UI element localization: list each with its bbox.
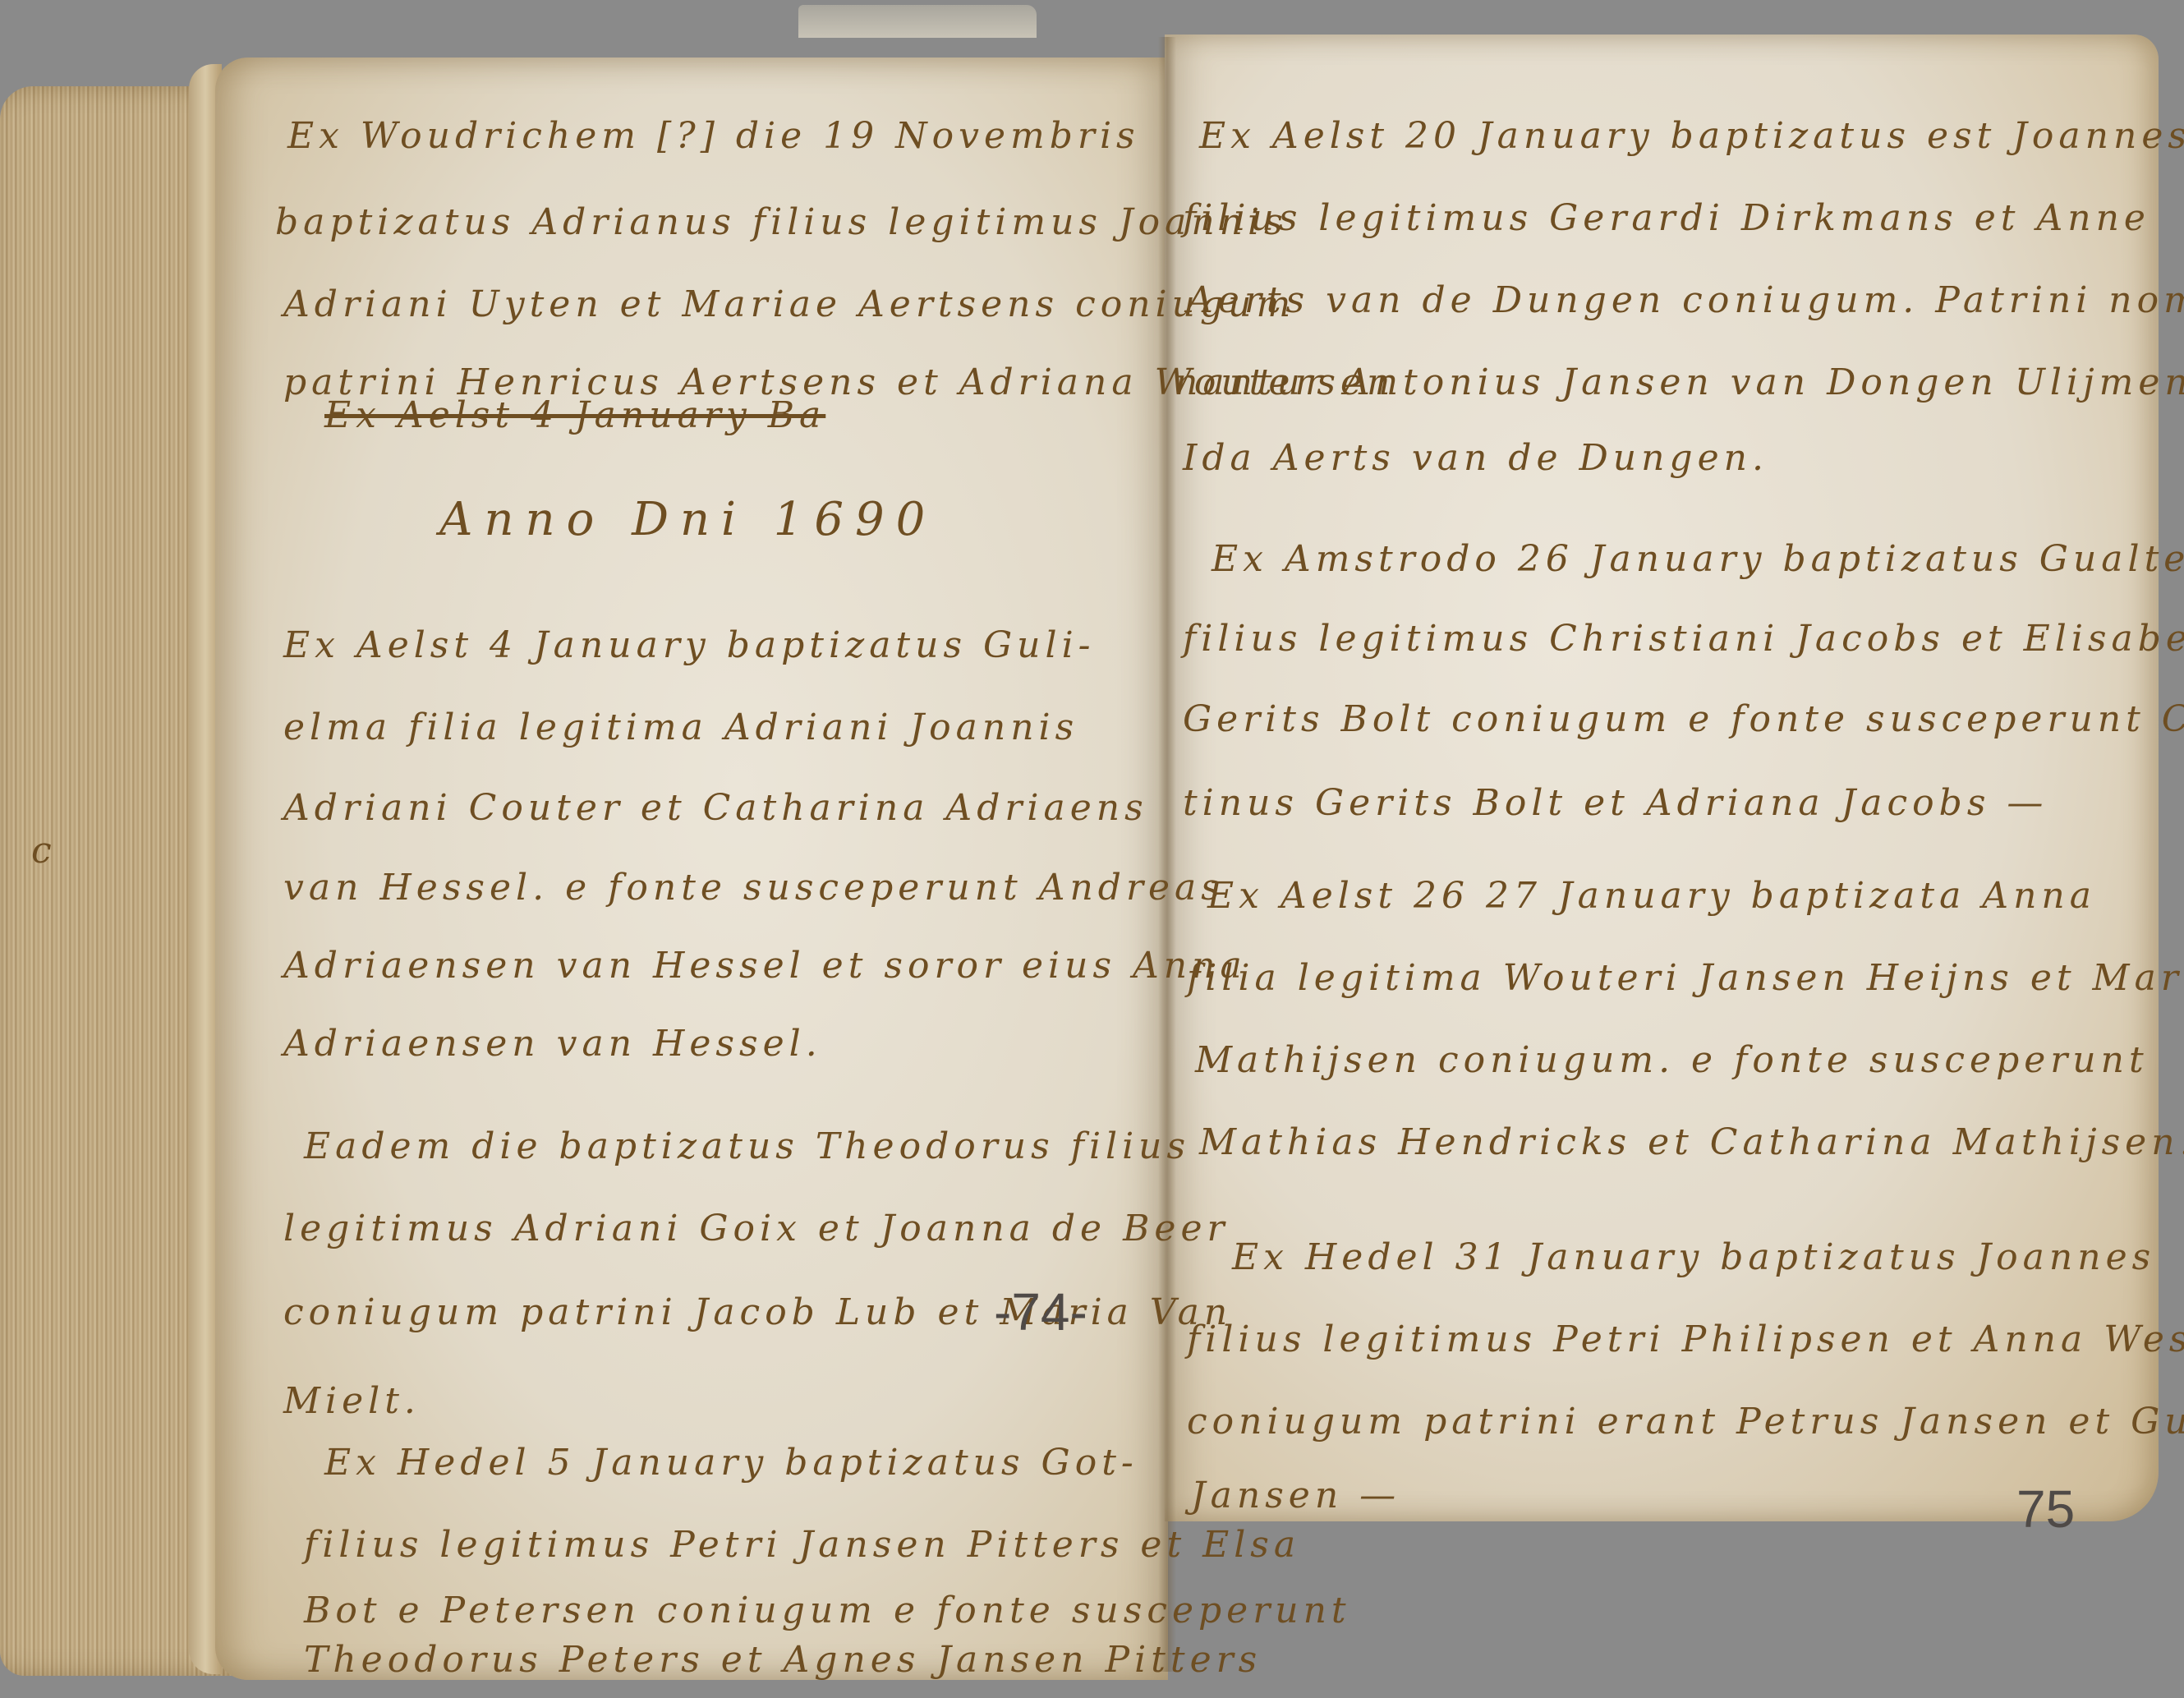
right-line: Gerits Bolt coniugum e fonte susceperunt… [1183, 698, 2184, 740]
right-line: filius legitimus Gerardi Dirkmans et Ann… [1183, 197, 2150, 239]
right-line: Ex Aelst 26 27 January baptizata Anna [1207, 875, 2096, 917]
left-line: Adriaensen van Hessel et soror eius Anna [283, 945, 1247, 987]
open-manuscript-book: c Ex Woudrichem [?] die 19 Novembris bap… [0, 0, 2184, 1698]
left-line: Adriani Couter et Catharina Adriaens [283, 787, 1148, 829]
left-line: van Hessel. e fonte susceperunt Andreas [283, 867, 1225, 909]
right-line: nantur Antonius Jansen van Dongen Ulijme… [1175, 361, 2184, 403]
right-line: Aerts van de Dungen coniugum. Patrini no… [1187, 279, 2184, 321]
left-line: Adriani Uyten et Mariae Aertsens coniugu… [283, 283, 1295, 325]
year-heading: Anno Dni 1690 [439, 493, 936, 546]
right-line: filius legitimus Petri Philipsen et Anna… [1187, 1318, 2184, 1360]
right-line: Ex Aelst 20 January baptizatus est Joann… [1199, 115, 2184, 157]
left-line: coniugum patrini Jacob Lub et Maria Van [283, 1291, 1232, 1333]
left-line: Bot e Petersen coniugum e fonte susceper… [304, 1590, 1351, 1631]
left-line: Ex Hedel 5 January baptizatus Got- [324, 1442, 1138, 1484]
right-line: Mathias Hendricks et Catharina Mathijsen… [1199, 1121, 2184, 1163]
left-line: Adriaensen van Hessel. [283, 1023, 822, 1065]
right-line: tinus Gerits Bolt et Adriana Jacobs — [1183, 782, 2048, 824]
folio-number-left: -74- [994, 1282, 1087, 1342]
left-line: Ex Aelst 4 January baptizatus Guli- [283, 624, 1096, 666]
right-line: Mathijsen coniugum. e fonte susceperunt [1195, 1039, 2149, 1081]
folio-number-right: 75 [2016, 1479, 2075, 1539]
left-line: Eadem die baptizatus Theodorus filius [304, 1125, 1190, 1167]
right-page [1165, 35, 2159, 1521]
right-line: coniugum patrini erant Petrus Jansen et … [1187, 1401, 2184, 1443]
left-line: Theodorus Peters et Agnes Jansen Pitters [304, 1639, 1262, 1681]
margin-mark: c [31, 830, 52, 872]
left-line: Mielt. [283, 1380, 421, 1422]
right-line: Jansen — [1191, 1475, 1400, 1516]
right-line: Ex Hedel 31 January baptizatus Joannes [1232, 1236, 2155, 1278]
binding-tab [798, 5, 1037, 38]
left-line: legitimus Adriani Goix et Joanna de Beer [283, 1208, 1230, 1249]
right-line: Ex Amstrodo 26 January baptizatus Gualte… [1212, 538, 2184, 580]
left-line: filius legitimus Petri Jansen Pitters et… [304, 1524, 1300, 1566]
left-line-struck: Ex Aelst 4 January Ba [324, 394, 825, 436]
book-gutter [1158, 37, 1176, 1672]
right-line: Ida Aerts van de Dungen. [1183, 437, 1768, 479]
left-line: elma filia legitima Adriani Joannis [283, 706, 1078, 748]
left-line: baptizatus Adrianus filius legitimus Joa… [275, 201, 1288, 243]
left-line: Ex Woudrichem [?] die 19 Novembris [287, 115, 1140, 157]
right-line: filius legitimus Christiani Jacobs et El… [1183, 618, 2184, 660]
right-line: filia legitima Wouteri Jansen Heijns et … [1187, 957, 2184, 999]
